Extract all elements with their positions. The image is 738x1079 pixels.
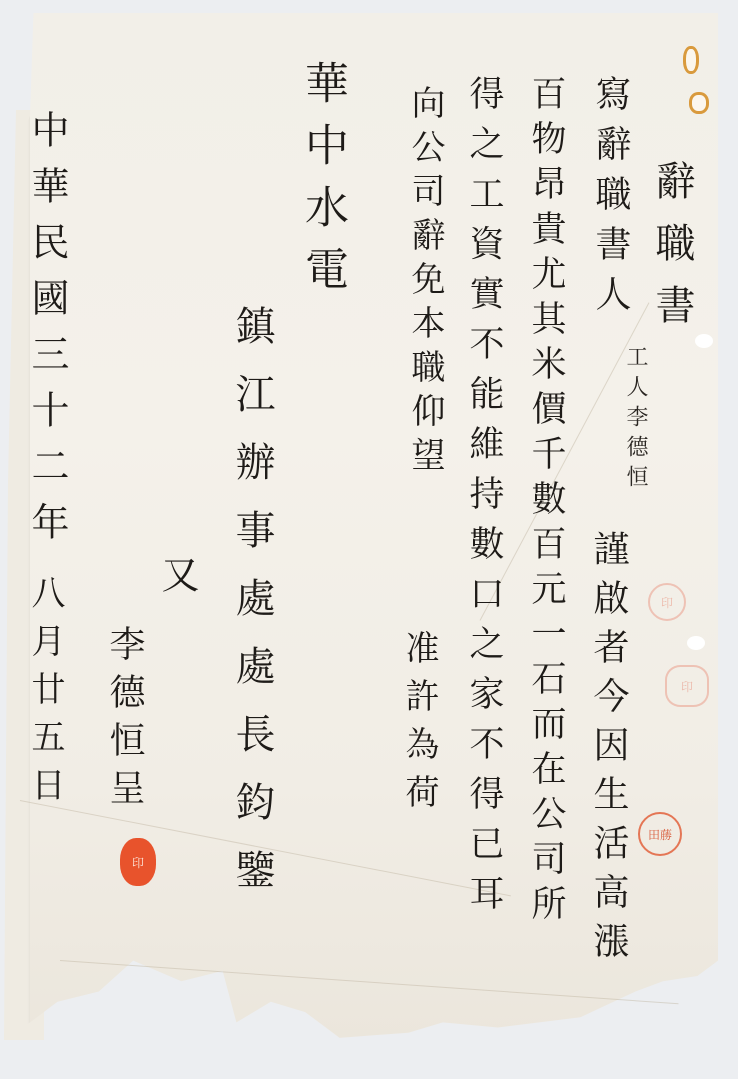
document-title: 辭職書 bbox=[652, 160, 692, 346]
body-line-4: 向公司辭免本職仰望 bbox=[408, 85, 442, 481]
signature-seal: 印 bbox=[120, 838, 156, 886]
recipient-office: 鎮江辦事處處長鈞鑒 bbox=[232, 305, 272, 917]
recipient-organization: 華中水電 bbox=[300, 60, 344, 308]
date-year: 中華民國三十二年 bbox=[28, 110, 66, 558]
seal-right-top: 印 bbox=[648, 583, 686, 621]
rust-stain bbox=[689, 92, 709, 114]
punch-hole bbox=[695, 334, 713, 348]
signature-name: 李德恒呈 bbox=[106, 625, 142, 817]
signature-prefix: 又 bbox=[158, 555, 196, 606]
seal-right-middle: 印 bbox=[665, 665, 709, 707]
worker-name-annotation: 工人李德恒 bbox=[624, 345, 646, 495]
body-line-3: 得之工資實不能維持數口之家不得已耳 bbox=[466, 75, 501, 925]
body-line-2: 百物昂貴尤其米價千數百元一石而在公司所 bbox=[528, 75, 563, 930]
writer-line: 寫辭職書人 bbox=[592, 75, 628, 325]
date-day: 八月廿五日 bbox=[28, 575, 62, 815]
opening-phrase: 謹啟者今因生活高漲 bbox=[590, 530, 626, 971]
approval-request: 准許為荷 bbox=[402, 630, 436, 822]
punch-hole bbox=[687, 636, 705, 650]
rust-stain bbox=[683, 46, 699, 74]
seal-right-bottom: 田蕂 bbox=[638, 812, 682, 856]
